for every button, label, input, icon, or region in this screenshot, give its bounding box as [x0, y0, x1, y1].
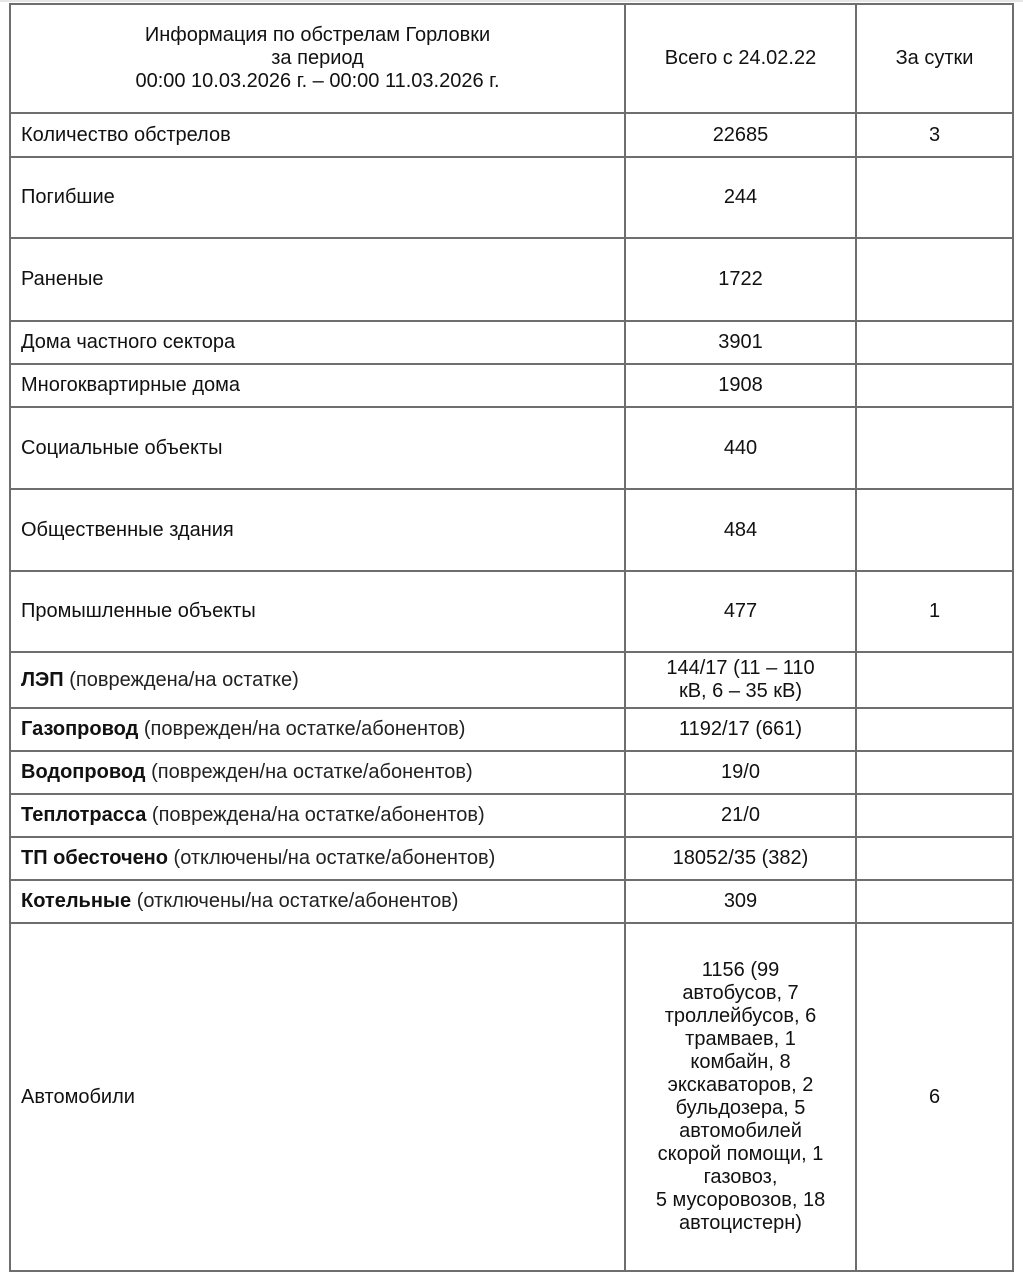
table-row: Многоквартирные дома1908	[10, 364, 1013, 407]
column-header-daily: За сутки	[856, 4, 1013, 113]
row-daily-value	[856, 238, 1013, 321]
total-value-line: 1156 (99	[636, 959, 845, 982]
table-row: ЛЭП (повреждена/на остатке)144/17 (11 – …	[10, 652, 1013, 708]
row-label: Теплотрасса (повреждена/на остатке/абоне…	[10, 794, 625, 837]
row-label-main: Многоквартирные дома	[21, 374, 240, 396]
row-label: Дома частного сектора	[10, 321, 625, 364]
total-value-line: автобусов, 7	[636, 982, 845, 1005]
row-label: ЛЭП (повреждена/на остатке)	[10, 652, 625, 708]
row-total-value: 477	[625, 571, 856, 652]
title-line-1: Информация по обстрелам Горловки	[21, 24, 614, 47]
shelling-stats-table: Информация по обстрелам Горловки за пери…	[9, 3, 1014, 1272]
row-label-main: Газопровод	[21, 718, 138, 740]
row-label-main: Котельные	[21, 890, 131, 912]
total-value-line: бульдозера, 5	[636, 1097, 845, 1120]
row-total-value: 19/0	[625, 751, 856, 794]
row-label: Газопровод (поврежден/на остатке/абонент…	[10, 708, 625, 751]
row-daily-value	[856, 794, 1013, 837]
title-line-3: 00:00 10.03.2026 г. – 00:00 11.03.2026 г…	[21, 70, 614, 93]
table-row: Погибшие244	[10, 157, 1013, 238]
row-label-main: Водопровод	[21, 761, 146, 783]
table-row: Водопровод (поврежден/на остатке/абонент…	[10, 751, 1013, 794]
row-label: Социальные объекты	[10, 407, 625, 489]
table-header-row: Информация по обстрелам Горловки за пери…	[10, 4, 1013, 113]
row-label: ТП обесточено (отключены/на остатке/абон…	[10, 837, 625, 880]
row-label-note: (отключены/на остатке/абонентов)	[174, 847, 496, 869]
table-row: Количество обстрелов226853	[10, 113, 1013, 157]
row-daily-value	[856, 157, 1013, 238]
row-label: Многоквартирные дома	[10, 364, 625, 407]
row-label: Котельные (отключены/на остатке/абоненто…	[10, 880, 625, 923]
title-line-2: за период	[21, 47, 614, 70]
table-row: Котельные (отключены/на остатке/абоненто…	[10, 880, 1013, 923]
total-value-line: автомобилей	[636, 1120, 845, 1143]
row-label: Промышленные объекты	[10, 571, 625, 652]
row-daily-value	[856, 652, 1013, 708]
row-label-main: Количество обстрелов	[21, 124, 231, 146]
row-daily-value	[856, 364, 1013, 407]
row-label-main: Социальные объекты	[21, 437, 223, 459]
row-daily-value: 1	[856, 571, 1013, 652]
row-label-note: (повреждена/на остатке/абонентов)	[152, 804, 485, 826]
row-total-value: 309	[625, 880, 856, 923]
row-label-main: Раненые	[21, 268, 104, 290]
row-label-main: Промышленные объекты	[21, 600, 256, 622]
table-row: Теплотрасса (повреждена/на остатке/абоне…	[10, 794, 1013, 837]
row-total-value: 484	[625, 489, 856, 571]
table-title: Информация по обстрелам Горловки за пери…	[10, 4, 625, 113]
row-total-value: 22685	[625, 113, 856, 157]
row-label: Раненые	[10, 238, 625, 321]
row-total-value: 1722	[625, 238, 856, 321]
row-label: Количество обстрелов	[10, 113, 625, 157]
row-label-note: (поврежден/на остатке/абонентов)	[151, 761, 473, 783]
table-row: Социальные объекты440	[10, 407, 1013, 489]
table-row: ТП обесточено (отключены/на остатке/абон…	[10, 837, 1013, 880]
row-daily-value	[856, 880, 1013, 923]
row-label-note: (отключены/на остатке/абонентов)	[137, 890, 459, 912]
row-label-main: ТП обесточено	[21, 847, 168, 869]
row-label: Автомобили	[10, 923, 625, 1271]
row-label-main: Теплотрасса	[21, 804, 146, 826]
row-total-value: 244	[625, 157, 856, 238]
row-label-main: Общественные здания	[21, 519, 234, 541]
row-daily-value	[856, 489, 1013, 571]
total-value-line: скорой помощи, 1	[636, 1143, 845, 1166]
row-daily-value	[856, 751, 1013, 794]
row-label-note: (повреждена/на остатке)	[69, 669, 299, 691]
row-total-value: 1908	[625, 364, 856, 407]
row-daily-value	[856, 708, 1013, 751]
row-total-value: 440	[625, 407, 856, 489]
row-label-main: Автомобили	[21, 1086, 135, 1108]
total-value-line: автоцистерн)	[636, 1212, 845, 1235]
row-label-note: (поврежден/на остатке/абонентов)	[144, 718, 466, 740]
table-row: Газопровод (поврежден/на остатке/абонент…	[10, 708, 1013, 751]
total-value-line: газовоз,	[636, 1166, 845, 1189]
row-total-value: 144/17 (11 – 110кВ, 6 – 35 кВ)	[625, 652, 856, 708]
row-total-value: 1192/17 (661)	[625, 708, 856, 751]
table-row: Промышленные объекты4771	[10, 571, 1013, 652]
row-total-value: 3901	[625, 321, 856, 364]
table-row: Автомобили1156 (99автобусов, 7троллейбус…	[10, 923, 1013, 1271]
row-label: Общественные здания	[10, 489, 625, 571]
row-label-main: Погибшие	[21, 186, 115, 208]
row-label: Водопровод (поврежден/на остатке/абонент…	[10, 751, 625, 794]
page-edge	[0, 0, 1023, 2]
total-value-line: 144/17 (11 – 110	[636, 657, 845, 680]
row-total-value: 21/0	[625, 794, 856, 837]
total-value-line: комбайн, 8	[636, 1051, 845, 1074]
row-daily-value	[856, 837, 1013, 880]
row-daily-value	[856, 321, 1013, 364]
row-daily-value	[856, 407, 1013, 489]
total-value-line: экскаваторов, 2	[636, 1074, 845, 1097]
row-daily-value: 3	[856, 113, 1013, 157]
row-label: Погибшие	[10, 157, 625, 238]
row-label-main: ЛЭП	[21, 669, 64, 691]
row-daily-value: 6	[856, 923, 1013, 1271]
total-value-line: трамваев, 1	[636, 1028, 845, 1051]
row-label-main: Дома частного сектора	[21, 331, 235, 353]
total-value-line: 5 мусоровозов, 18	[636, 1189, 845, 1212]
row-total-value: 18052/35 (382)	[625, 837, 856, 880]
table-row: Дома частного сектора3901	[10, 321, 1013, 364]
row-total-value: 1156 (99автобусов, 7троллейбусов, 6трамв…	[625, 923, 856, 1271]
table-row: Раненые1722	[10, 238, 1013, 321]
total-value-line: троллейбусов, 6	[636, 1005, 845, 1028]
total-value-line: кВ, 6 – 35 кВ)	[636, 680, 845, 703]
table-row: Общественные здания484	[10, 489, 1013, 571]
column-header-total: Всего с 24.02.22	[625, 4, 856, 113]
